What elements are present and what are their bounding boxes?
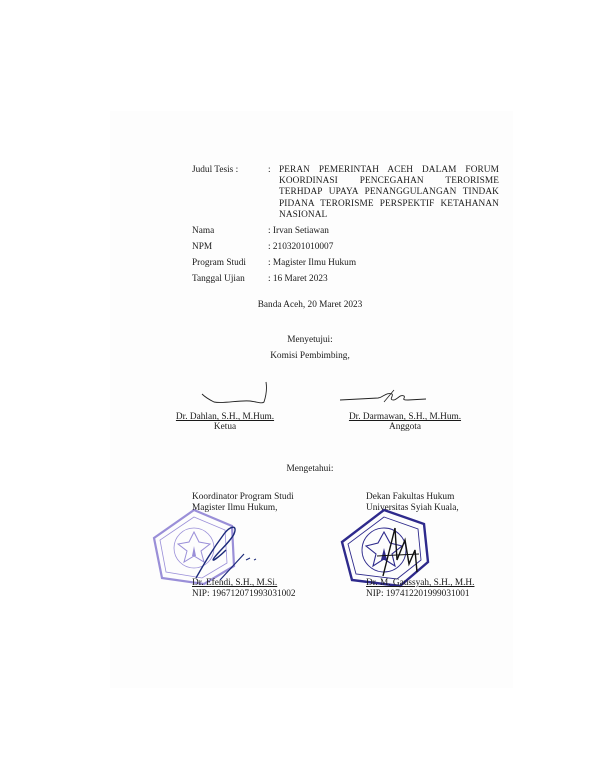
committee-label: Komisi Pembimbing, <box>200 351 420 362</box>
title-line: PIDANA TERORISME PERSPEKTIF KETAHANAN <box>279 199 499 210</box>
title-line: TERHDAP UPAYA PENANGGULANGAN TINDAK <box>279 187 499 198</box>
supervisor-role-ketua: Ketua <box>160 422 290 433</box>
field-label-npm: NPM <box>192 242 212 253</box>
title-line: PERAN PEMERINTAH ACEH DALAM FORUM <box>279 165 499 176</box>
acknowledged-heading: Mengetahui: <box>200 464 420 475</box>
official-title-dekan-2: Universitas Syiah Kuala, <box>366 503 459 514</box>
field-value-nama: : Irvan Setiawan <box>268 226 329 237</box>
supervisor-role-anggota: Anggota <box>335 422 475 433</box>
field-label-prodi: Program Studi <box>192 258 246 269</box>
judul-colon: : <box>268 165 271 176</box>
thesis-title: PERAN PEMERINTAH ACEH DALAM FORUM KOORDI… <box>279 165 499 221</box>
field-value-npm: : 2103201010007 <box>268 242 333 253</box>
official-name-dekan: Dr. M. Gaussyah, S.H., M.H. <box>366 578 474 589</box>
official-title-koordinator-2: Magister Ilmu Hukum, <box>192 503 277 514</box>
official-nip-dekan: NIP: 197412201999031001 <box>366 589 470 600</box>
judul-label: Judul Tesis : <box>192 165 238 176</box>
place-date: Banda Aceh, 20 Maret 2023 <box>200 300 420 311</box>
signature-dekan <box>375 520 425 580</box>
signature-ketua <box>200 382 280 412</box>
field-label-nama: Nama <box>192 226 214 237</box>
title-line: KOORDINASI PENCEGAHAN TERORISME <box>279 176 499 187</box>
approval-heading: Menyetujui: <box>200 335 420 346</box>
official-name-koordinator: Dr. Efendi, S.H., M.Si. <box>192 578 277 589</box>
field-value-tanggal: : 16 Maret 2023 <box>268 274 328 285</box>
signature-anggota <box>338 388 428 408</box>
field-label-tanggal: Tanggal Ujian <box>192 274 245 285</box>
official-title-koordinator-1: Koordinator Program Studi <box>192 492 294 503</box>
field-value-prodi: : Magister Ilmu Hukum <box>268 258 356 269</box>
official-nip-koordinator: NIP: 196712071993031002 <box>192 589 296 600</box>
signature-koordinator <box>190 520 270 582</box>
official-title-dekan-1: Dekan Fakultas Hukum <box>366 492 454 503</box>
title-line: NASIONAL <box>279 210 499 221</box>
